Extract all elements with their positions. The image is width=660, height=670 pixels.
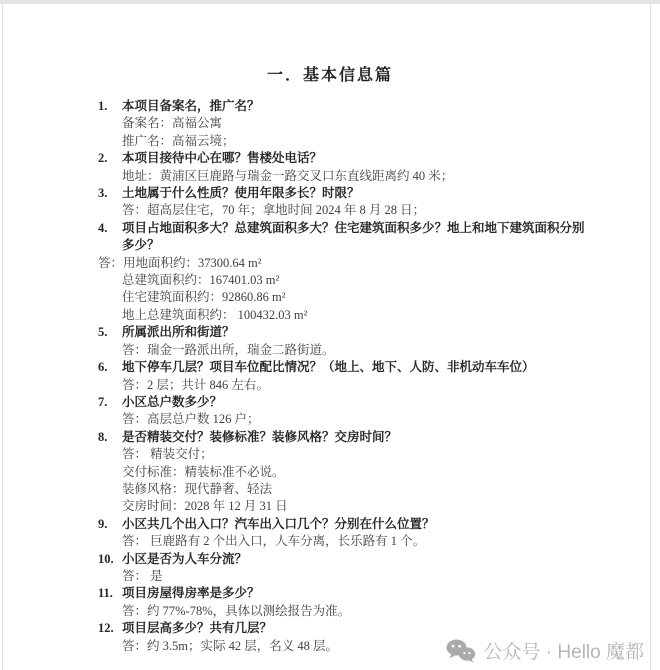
question-number: 5. xyxy=(98,324,122,341)
qa-item: 5.所属派出所和街道？答：瑞金一路派出所，瑞金二路街道。 xyxy=(98,324,596,359)
question-text: 项目占地面积多大？总建筑面积多大？住宅建筑面积多少？地上和地下建筑面积分别多少？ xyxy=(122,220,596,255)
question-text: 小区是否为人车分流？ xyxy=(122,551,596,568)
document-page: 一．基本信息篇 1.本项目备案名，推广名？备案名：高福公寓推广名：高福云境；2.… xyxy=(0,4,660,655)
qa-item: 6.地下停车几层？项目车位配比情况？（地上、地下、人防、非机动车车位）答：2 层… xyxy=(98,359,596,394)
question-row: 2.本项目接待中心在哪？售楼处电话？ xyxy=(98,150,596,167)
answer-line: 总建筑面积约：167401.03 m² xyxy=(98,272,596,289)
question-text: 本项目备案名，推广名？ xyxy=(122,98,596,115)
qa-item: 1.本项目备案名，推广名？备案名：高福公寓推广名：高福云境； xyxy=(98,98,596,150)
question-row: 7.小区总户数多少？ xyxy=(98,394,596,411)
question-number: 6. xyxy=(98,359,122,376)
answer-line: 交房时间：2028 年 12 月 31 日 xyxy=(98,498,596,515)
question-number: 7. xyxy=(98,394,122,411)
question-number: 3. xyxy=(98,185,122,202)
question-number: 2. xyxy=(98,150,122,167)
question-number: 12. xyxy=(98,620,122,637)
qa-item: 2.本项目接待中心在哪？售楼处电话？地址：黄浦区巨鹿路与瑞金一路交叉口东直线距离… xyxy=(98,150,596,185)
question-row: 4.项目占地面积多大？总建筑面积多大？住宅建筑面积多少？地上和地下建筑面积分别多… xyxy=(98,220,596,255)
answer-line: 答：用地面积约：37300.64 m² xyxy=(98,255,596,272)
answer-line: 装修风格：现代静奢、轻法 xyxy=(98,481,596,498)
question-row: 3.土地属于什么性质？使用年限多长？时限？ xyxy=(98,185,596,202)
question-text: 地下停车几层？项目车位配比情况？（地上、地下、人防、非机动车车位） xyxy=(122,359,596,376)
answer-line: 推广名：高福云境； xyxy=(98,133,596,150)
qa-item: 4.项目占地面积多大？总建筑面积多大？住宅建筑面积多少？地上和地下建筑面积分别多… xyxy=(98,220,596,324)
answer-line: 答：约 77%-78%，具体以测绘报告为准。 xyxy=(98,603,596,620)
qa-item: 3.土地属于什么性质？使用年限多长？时限？答：超高层住宅，70 年；拿地时间 2… xyxy=(98,185,596,220)
qa-item: 9.小区共几个出入口？汽车出入口几个？分别在什么位置？答： 巨鹿路有 2 个出入… xyxy=(98,516,596,551)
question-text: 土地属于什么性质？使用年限多长？时限？ xyxy=(122,185,596,202)
answer-line: 答： 精装交付； xyxy=(98,446,596,463)
answer-line: 备案名：高福公寓 xyxy=(98,115,596,132)
question-number: 9. xyxy=(98,516,122,533)
answer-line: 答：超高层住宅，70 年；拿地时间 2024 年 8 月 28 日； xyxy=(98,202,596,219)
question-text: 项目房屋得房率是多少？ xyxy=(122,585,596,602)
question-text: 小区共几个出入口？汽车出入口几个？分别在什么位置？ xyxy=(122,516,596,533)
question-text: 本项目接待中心在哪？售楼处电话？ xyxy=(122,150,596,167)
answer-line: 地址：黄浦区巨鹿路与瑞金一路交叉口东直线距离约 40 米； xyxy=(98,168,596,185)
question-row: 5.所属派出所和街道？ xyxy=(98,324,596,341)
question-text: 小区总户数多少？ xyxy=(122,394,596,411)
watermark: 公众号 · Hello 魔都 xyxy=(445,637,644,664)
question-row: 6.地下停车几层？项目车位配比情况？（地上、地下、人防、非机动车车位） xyxy=(98,359,596,376)
question-row: 9.小区共几个出入口？汽车出入口几个？分别在什么位置？ xyxy=(98,516,596,533)
answer-line: 答：2 层；共计 846 左右。 xyxy=(98,377,596,394)
answer-line: 答： 巨鹿路有 2 个出入口，人车分离，长乐路有 1 个。 xyxy=(98,533,596,550)
qa-item: 7.小区总户数多少？答：高层总户数 126 户； xyxy=(98,394,596,429)
question-row: 8.是否精装交付？装修标准？装修风格？交房时间？ xyxy=(98,429,596,446)
question-row: 11.项目房屋得房率是多少？ xyxy=(98,585,596,602)
question-text: 所属派出所和街道？ xyxy=(122,324,596,341)
question-number: 11. xyxy=(98,585,122,602)
answer-line: 住宅建筑面积约：92860.86 m² xyxy=(98,289,596,306)
answer-line: 地上总建筑面积约： 100432.03 m² xyxy=(98,307,596,324)
question-row: 1.本项目备案名，推广名？ xyxy=(98,98,596,115)
answer-line: 答：瑞金一路派出所，瑞金二路街道。 xyxy=(98,342,596,359)
answer-line: 答：高层总户数 126 户； xyxy=(98,411,596,428)
qa-item: 11.项目房屋得房率是多少？答：约 77%-78%，具体以测绘报告为准。 xyxy=(98,585,596,620)
qa-item: 10.小区是否为人车分流？答： 是 xyxy=(98,551,596,586)
question-number: 10. xyxy=(98,551,122,568)
question-number: 1. xyxy=(98,98,122,115)
qa-list: 1.本项目备案名，推广名？备案名：高福公寓推广名：高福云境；2.本项目接待中心在… xyxy=(0,98,660,655)
answer-line: 答： 是 xyxy=(98,568,596,585)
question-row: 12.项目层高多少？共有几层？ xyxy=(98,620,596,637)
section-title: 一．基本信息篇 xyxy=(0,4,660,85)
question-text: 是否精装交付？装修标准？装修风格？交房时间？ xyxy=(122,429,596,446)
question-number: 8. xyxy=(98,429,122,446)
question-number: 4. xyxy=(98,220,122,255)
question-text: 项目层高多少？共有几层？ xyxy=(122,620,596,637)
wechat-icon xyxy=(445,638,476,663)
qa-item: 8.是否精装交付？装修标准？装修风格？交房时间？答： 精装交付；交付标准：精装标… xyxy=(98,429,596,516)
answer-line: 交付标准：精装标准不必说。 xyxy=(98,464,596,481)
question-row: 10.小区是否为人车分流？ xyxy=(98,551,596,568)
watermark-text: 公众号 · Hello 魔都 xyxy=(484,637,644,664)
